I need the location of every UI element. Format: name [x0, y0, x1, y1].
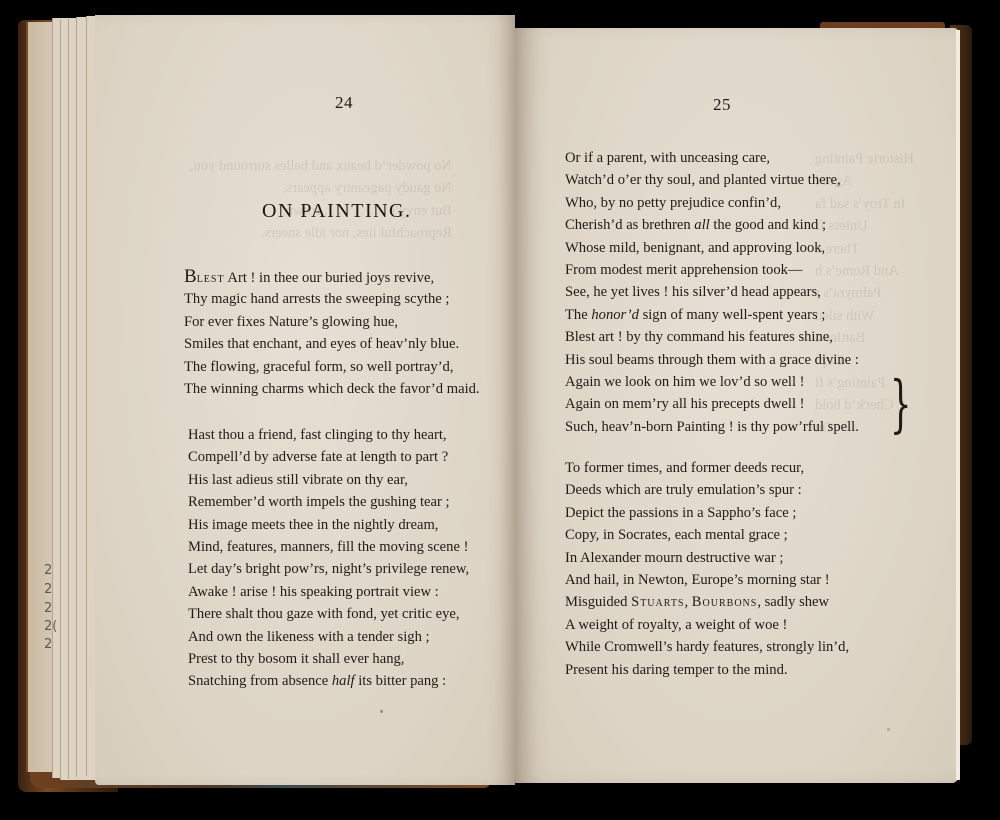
verse-line: His last adieus still vibrate on thy ear… — [188, 469, 469, 491]
verse-line: Remember’d worth impels the gushing tear… — [188, 491, 469, 513]
verse-line: Snatching from absence half its bitter p… — [188, 670, 469, 692]
verse-line: Depict the passions in a Sappho’s face ; — [565, 502, 849, 524]
verse-line: Copy, in Socrates, each mental grace ; — [565, 524, 849, 546]
foxing-spot — [887, 728, 890, 731]
page-number: 25 — [713, 95, 731, 115]
verse-line: Blest art ! by thy command his features … — [565, 326, 859, 348]
left-page: No powder’d beaux and belles surround yo… — [95, 15, 515, 785]
verse-line: See, he yet lives ! his silver’d head ap… — [565, 281, 859, 303]
page-number: 24 — [335, 93, 353, 113]
verse-line: Compell’d by adverse fate at length to p… — [188, 446, 469, 468]
poem-title: ON PAINTING. — [262, 200, 411, 223]
verse-line: And own the likeness with a tender sigh … — [188, 626, 469, 648]
verse-line: Or if a parent, with unceasing care, — [565, 147, 859, 169]
triplet-brace: } — [890, 373, 912, 435]
stanza: Hast thou a friend, fast clinging to thy… — [188, 424, 469, 693]
verse-line: Present his daring temper to the mind. — [565, 659, 849, 681]
pencil-mark: 2( — [44, 618, 57, 635]
verse-line: In Alexander mourn destructive war ; — [565, 547, 849, 569]
verse-line: Whose mild, benignant, and approving loo… — [565, 237, 859, 259]
stanza: Blest Art ! in thee our buried joys revi… — [184, 266, 480, 400]
verse-line: Cherish’d as brethren all the good and k… — [565, 214, 859, 236]
verse-line: The flowing, graceful form, so well port… — [184, 356, 480, 378]
verse-line: For ever fixes Nature’s glowing hue, — [184, 311, 480, 333]
verse-line: Smiles that enchant, and eyes of heav’nl… — [184, 333, 480, 355]
drop-cap: B — [184, 266, 197, 287]
verse-line: Watch’d o’er thy soul, and planted virtu… — [565, 169, 859, 191]
verse-line: Mind, features, manners, fill the moving… — [188, 536, 469, 558]
verse-line: His image meets thee in the nightly drea… — [188, 514, 469, 536]
verse-line: And hail, in Newton, Europe’s morning st… — [565, 569, 849, 591]
verse-line: Deeds which are truly emulation’s spur : — [565, 479, 849, 501]
right-page: Historic Painting Ages l In Troy’s sad f… — [515, 28, 958, 783]
pencil-mark: 2 — [44, 581, 52, 598]
verse-line: Prest to thy bosom it shall ever hang, — [188, 648, 469, 670]
verse-line: Hast thou a friend, fast clinging to thy… — [188, 424, 469, 446]
verse-line: Again on mem’ry all his precepts dwell ! — [565, 393, 859, 415]
verse-line: Thy magic hand arrests the sweeping scyt… — [184, 288, 480, 310]
verse-line: From modest merit apprehension took— — [565, 259, 859, 281]
right-page-edge — [956, 30, 960, 780]
verse-line: While Cromwell’s hardy features, strongl… — [565, 636, 849, 658]
verse-line: There shalt thou gaze with fond, yet cri… — [188, 603, 469, 625]
verse-line: Such, heav’n-born Painting ! is thy pow’… — [565, 416, 859, 438]
foxing-spot — [755, 538, 758, 541]
pencil-mark: 2 — [44, 600, 52, 617]
verse-line: The honor’d sign of many well-spent year… — [565, 304, 859, 326]
verse-line: Again we look on him we lov’d so well ! — [565, 371, 859, 393]
verse-line: His soul beams through them with a grace… — [565, 349, 859, 371]
verse-line: Blest Art ! in thee our buried joys revi… — [184, 266, 480, 288]
verse-line: Who, by no petty prejudice confin’d, — [565, 192, 859, 214]
verse-line: Misguided Stuarts, Bourbons, sadly shew — [565, 591, 849, 613]
stanza: To former times, and former deeds recur,… — [565, 457, 849, 681]
verse-line: Let day’s bright pow’rs, night’s privile… — [188, 558, 469, 580]
pencil-mark: 2 — [44, 636, 52, 653]
verse-line: Awake ! arise ! his speaking portrait vi… — [188, 581, 469, 603]
stanza: Or if a parent, with unceasing care, Wat… — [565, 147, 859, 438]
foxing-spot — [205, 655, 208, 658]
pencil-mark: 2 — [44, 562, 52, 579]
foxing-spot — [380, 710, 383, 713]
verse-line: A weight of royalty, a weight of woe ! — [565, 614, 849, 636]
verse-line: To former times, and former deeds recur, — [565, 457, 849, 479]
verse-line: The winning charms which deck the favor’… — [184, 378, 480, 400]
